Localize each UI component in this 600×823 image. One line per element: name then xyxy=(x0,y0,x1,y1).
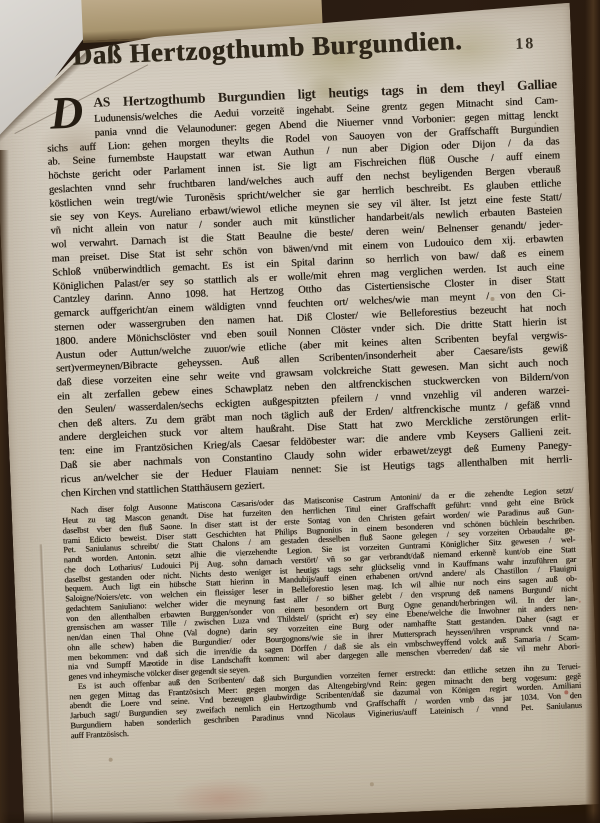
left-shadow-edge xyxy=(0,150,9,823)
printed-text-block: Daß Hertzogthumb Burgundien. 18 D AS Her… xyxy=(43,21,583,740)
bottom-shadow-edge xyxy=(0,811,600,823)
folio-number: 18 xyxy=(515,35,536,54)
book-page: Daß Hertzogthumb Burgundien. 18 D AS Her… xyxy=(0,3,600,823)
commentary-paragraph-1: Nach diser folgt Ausonne Matiscona Cæsar… xyxy=(61,486,580,682)
photo-backdrop: Daß Hertzogthumb Burgundien. 18 D AS Her… xyxy=(0,0,600,823)
page-fold-crease xyxy=(39,544,54,823)
book-fore-edge xyxy=(585,0,600,823)
drop-cap-initial: D xyxy=(45,95,88,129)
main-paragraph: D AS Hertzogthumb Burgundien ligt heutig… xyxy=(45,74,573,501)
main-text-lines: Ludunensis/welches die Aedui vorzeitẽ in… xyxy=(46,94,573,501)
